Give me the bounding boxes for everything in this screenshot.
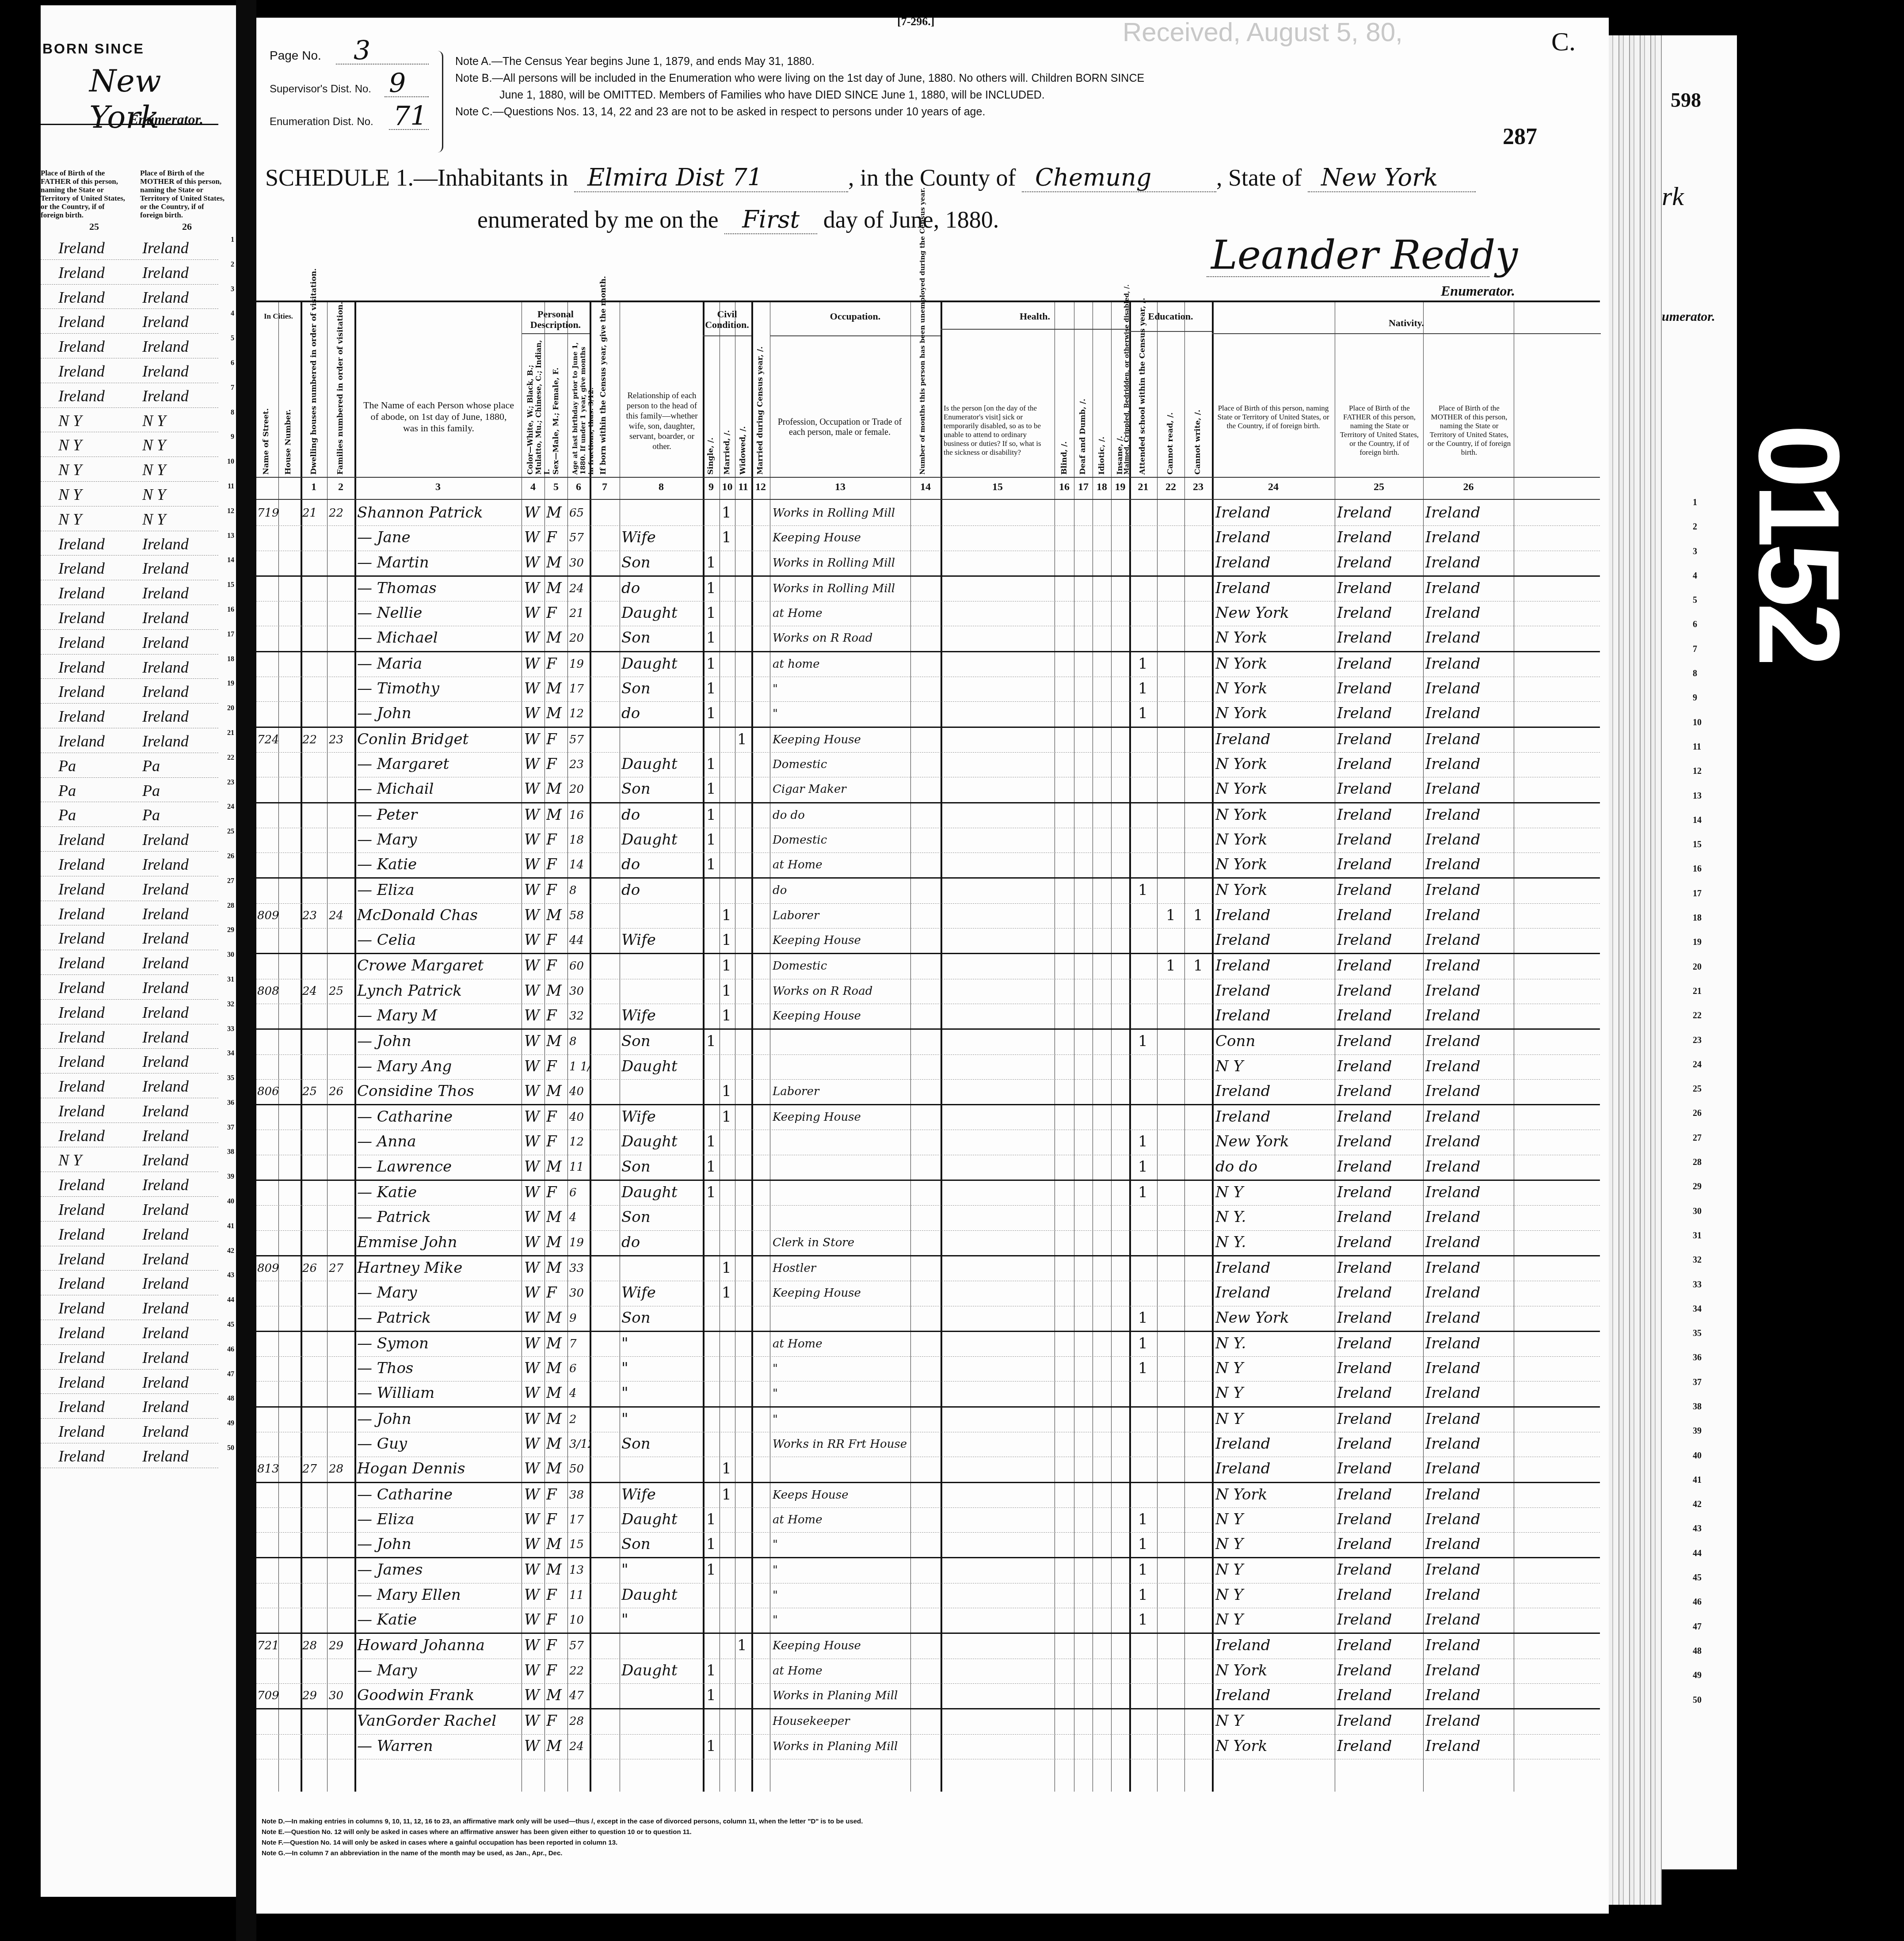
cell-occupation: Hostler bbox=[773, 1262, 910, 1275]
left-father-birth: Ireland bbox=[58, 609, 105, 627]
cell-mother: Ireland bbox=[1425, 1284, 1513, 1302]
cell-color: W bbox=[524, 655, 544, 673]
cell-age: 2 bbox=[569, 1413, 590, 1426]
cell-father: Ireland bbox=[1337, 1586, 1423, 1604]
table-row: 8092627Hartney MikeWM331HostlerIrelandIr… bbox=[256, 1256, 1600, 1281]
cell-father: Ireland bbox=[1337, 1384, 1423, 1402]
cell-married: 1 bbox=[722, 1284, 734, 1302]
cell-sex: M bbox=[546, 1032, 567, 1050]
cell-married: 1 bbox=[722, 529, 734, 546]
cell-occupation: Keeping House bbox=[773, 934, 910, 947]
cell-age: 6 bbox=[569, 1362, 590, 1375]
cell-age: 12 bbox=[569, 1135, 590, 1149]
cell-mother: Ireland bbox=[1425, 755, 1513, 773]
right-line-number: 11 bbox=[1693, 735, 1702, 759]
left-line-number: 9 bbox=[231, 433, 234, 441]
cell-father: Ireland bbox=[1337, 1535, 1423, 1553]
schedule-title: SCHEDULE 1.—Inhabitants in Elmira Dist 7… bbox=[265, 164, 1569, 192]
table-row: Emmise JohnWM19doClerk in StoreN Y.Irela… bbox=[256, 1231, 1600, 1256]
left-line-number: 27 bbox=[227, 877, 234, 885]
cell-relation: Son bbox=[621, 554, 702, 571]
cell-color: W bbox=[524, 831, 544, 849]
cell-birth: Ireland bbox=[1215, 1435, 1334, 1453]
cell-age: 19 bbox=[569, 1236, 590, 1249]
left-line-number: 12 bbox=[227, 507, 234, 515]
cell-relation: Son bbox=[621, 680, 702, 697]
right-line-number: 30 bbox=[1693, 1199, 1702, 1224]
cell-age: 44 bbox=[569, 934, 590, 947]
left-page-row: N YN Y11 bbox=[41, 482, 218, 506]
cell-family: 25 bbox=[329, 985, 353, 998]
left-page-row: PaPa24 bbox=[41, 802, 218, 827]
table-row: — NellieWF21Daught1at HomeNew YorkIrelan… bbox=[256, 601, 1600, 626]
form-code: [7-296.] bbox=[897, 15, 934, 28]
cell-name: Conlin Bridget bbox=[357, 731, 521, 748]
cell-school: 1 bbox=[1138, 680, 1156, 697]
cell-school: 1 bbox=[1138, 1309, 1156, 1327]
cell-name: — John bbox=[357, 1032, 521, 1050]
cell-sex: F bbox=[546, 1611, 567, 1629]
cell-relation: Daught bbox=[621, 1511, 702, 1528]
cell-color: W bbox=[524, 1007, 544, 1024]
cell-name: — Patrick bbox=[357, 1309, 521, 1327]
note-c: Note C.—Questions Nos. 13, 14, 22 and 23… bbox=[455, 103, 1516, 120]
state-label: , State of bbox=[1216, 164, 1302, 191]
left-page-row: IrelandIreland49 bbox=[41, 1419, 218, 1443]
cell-relation: Son bbox=[621, 1032, 702, 1050]
left-line-number: 31 bbox=[227, 976, 234, 984]
left-mother-birth: Pa bbox=[142, 806, 160, 824]
table-row: — JohnWM2""N YIrelandIreland37 bbox=[256, 1408, 1600, 1432]
cell-occupation: " bbox=[773, 682, 910, 696]
left-mother-birth: Ireland bbox=[142, 1373, 189, 1392]
cell-age: 6 bbox=[569, 1186, 590, 1199]
left-father-birth: Pa bbox=[58, 806, 76, 824]
cell-married: 1 bbox=[722, 1486, 734, 1503]
cell-mother: Ireland bbox=[1425, 579, 1513, 597]
header-sick: Is the person [on the day of the Enumera… bbox=[944, 404, 1052, 457]
cell-sex: M bbox=[546, 1686, 567, 1704]
cell-dwelling: 26 bbox=[302, 1262, 326, 1275]
right-line-number: 50 bbox=[1693, 1688, 1702, 1713]
right-line-number: 44 bbox=[1693, 1541, 1702, 1566]
table-row: — KatieWF10""1N YIrelandIreland45 bbox=[256, 1608, 1600, 1634]
cell-mother: Ireland bbox=[1425, 1511, 1513, 1528]
cell-occupation: Keeping House bbox=[773, 531, 910, 544]
cell-occupation: Works in Rolling Mill bbox=[773, 556, 910, 570]
cell-color: W bbox=[524, 856, 544, 873]
cell-father: Ireland bbox=[1337, 504, 1423, 521]
cell-mother: Ireland bbox=[1425, 982, 1513, 1000]
cell-name: — John bbox=[357, 704, 521, 722]
cell-mother: Ireland bbox=[1425, 554, 1513, 571]
cell-age: 4 bbox=[569, 1211, 590, 1224]
left-line-number: 32 bbox=[227, 1001, 234, 1009]
cell-single: 1 bbox=[706, 1737, 719, 1755]
left-page-row: PaPa23 bbox=[41, 778, 218, 803]
cell-mother: Ireland bbox=[1425, 1486, 1513, 1503]
cell-father: Ireland bbox=[1337, 755, 1423, 773]
header-nativity: Nativity. bbox=[1212, 318, 1601, 328]
cell-father: Ireland bbox=[1337, 1082, 1423, 1100]
right-line-number: 26 bbox=[1693, 1101, 1702, 1126]
page-no-field: Page No. 3 bbox=[270, 49, 438, 81]
table-row: 7212829Howard JohannaWF571Keeping HouseI… bbox=[256, 1634, 1600, 1659]
left-page-row: IrelandIreland14 bbox=[41, 556, 218, 580]
cell-occupation: Works on R Road bbox=[773, 985, 910, 998]
cell-sex: M bbox=[546, 1335, 567, 1352]
cell-occupation: " bbox=[773, 1387, 910, 1400]
cell-relation: Son bbox=[621, 1208, 702, 1226]
cell-name: — Mary bbox=[357, 1284, 521, 1302]
cell-birth: Ireland bbox=[1215, 1637, 1334, 1654]
cell-mother: Ireland bbox=[1425, 1435, 1513, 1453]
cell-age: 28 bbox=[569, 1715, 590, 1728]
table-row: — KatieWF6Daught11N YIrelandIreland28 bbox=[256, 1181, 1600, 1206]
cell-father: Ireland bbox=[1337, 1561, 1423, 1579]
cell-birth: N Y bbox=[1215, 1058, 1334, 1075]
cell-relation: Daught bbox=[621, 755, 702, 773]
left-father-birth: Ireland bbox=[58, 559, 105, 578]
cell-dwelling: 28 bbox=[302, 1639, 326, 1652]
header-color: Color—White, W.; Black, B.; Mulatto, Mu.… bbox=[526, 338, 542, 475]
table-row: — MariaWF19Daught1at home1N YorkIrelandI… bbox=[256, 652, 1600, 677]
cell-occupation: at Home bbox=[773, 1337, 910, 1351]
cell-birth: Ireland bbox=[1215, 529, 1334, 546]
cell-father: Ireland bbox=[1337, 1058, 1423, 1075]
left-page-row: IrelandIreland4 bbox=[41, 309, 218, 334]
cell-color: W bbox=[524, 1133, 544, 1150]
left-page-row: IrelandIreland50 bbox=[41, 1443, 218, 1468]
supervisor-dist-value: 9 bbox=[389, 68, 406, 99]
cell-name: Considine Thos bbox=[357, 1082, 521, 1100]
cell-age: 32 bbox=[569, 1009, 590, 1023]
left-mother-birth: Ireland bbox=[142, 535, 189, 553]
cell-sex: M bbox=[546, 1737, 567, 1755]
left-mother-birth: Ireland bbox=[142, 929, 189, 948]
cell-relation: do bbox=[621, 1233, 702, 1251]
received-stamp: Received, August 5, 80, bbox=[1123, 17, 1403, 47]
cell-birth: N Y bbox=[1215, 1611, 1334, 1629]
left-mother-birth: Ireland bbox=[142, 609, 189, 627]
left-page-row: IrelandIreland46 bbox=[41, 1345, 218, 1370]
cell-age: 40 bbox=[569, 1085, 590, 1098]
cell-single: 1 bbox=[706, 579, 719, 597]
left-line-number: 43 bbox=[227, 1271, 234, 1279]
cell-sex: F bbox=[546, 1058, 567, 1075]
header-relationship: Relationship of each person to the head … bbox=[623, 391, 701, 452]
left-page-mother-header: Place of Birth of the MOTHER of this per… bbox=[140, 169, 228, 219]
cell-father: Ireland bbox=[1337, 1233, 1423, 1251]
left-line-number: 5 bbox=[231, 335, 234, 343]
cell-occupation: Laborer bbox=[773, 909, 910, 922]
table-row: — JohnWM15Son1"1N YIrelandIreland42 bbox=[256, 1533, 1600, 1558]
cell-father: Ireland bbox=[1337, 780, 1423, 798]
cell-relation: do bbox=[621, 579, 702, 597]
left-mother-birth: Pa bbox=[142, 757, 160, 775]
right-line-number: 6 bbox=[1693, 613, 1702, 637]
left-page-row: IrelandIreland13 bbox=[41, 531, 218, 556]
cell-color: W bbox=[524, 1435, 544, 1453]
cell-birth: Ireland bbox=[1215, 1007, 1334, 1024]
schedule-prefix: SCHEDULE 1.—Inhabitants in bbox=[265, 164, 568, 191]
left-mother-birth: Ireland bbox=[142, 830, 189, 849]
left-father-birth: Ireland bbox=[58, 682, 105, 701]
cell-color: W bbox=[524, 982, 544, 1000]
cell-color: W bbox=[524, 604, 544, 622]
colnum-21: 21 bbox=[1129, 481, 1157, 493]
cell-color: W bbox=[524, 629, 544, 647]
right-line-number: 49 bbox=[1693, 1663, 1702, 1688]
left-page-row: N YN Y9 bbox=[41, 432, 218, 457]
cell-relation: " bbox=[621, 1561, 702, 1579]
cell-widowed: 1 bbox=[737, 731, 750, 748]
header-house-number: House Number. bbox=[284, 364, 293, 475]
cell-single: 1 bbox=[706, 1662, 719, 1679]
left-page-row: IrelandIreland33 bbox=[41, 1024, 218, 1049]
left-page-fragment: BORN SINCE New York Enumerator. Place of… bbox=[41, 5, 236, 1897]
table-row: — TimothyWM17Son1"1N YorkIrelandIreland8 bbox=[256, 677, 1600, 702]
cell-name: — Eliza bbox=[357, 881, 521, 899]
cell-sex: F bbox=[546, 1007, 567, 1024]
left-page-row: IrelandIreland36 bbox=[41, 1098, 218, 1123]
cell-sex: F bbox=[546, 1184, 567, 1201]
right-line-number: 13 bbox=[1693, 784, 1702, 808]
table-row: — CatharineWF38Wife1Keeps HouseN YorkIre… bbox=[256, 1483, 1600, 1508]
cell-sex: F bbox=[546, 957, 567, 974]
left-page-row: IrelandIreland27 bbox=[41, 876, 218, 901]
cell-sex: F bbox=[546, 655, 567, 673]
cell-color: W bbox=[524, 1611, 544, 1629]
cell-name: — Eliza bbox=[357, 1511, 521, 1528]
cell-father: Ireland bbox=[1337, 1637, 1423, 1654]
left-line-number: 33 bbox=[227, 1025, 234, 1033]
cell-father: Ireland bbox=[1337, 1359, 1423, 1377]
left-mother-birth: Ireland bbox=[142, 682, 189, 701]
header-months-unemployed: Number of months this person has been un… bbox=[918, 338, 926, 475]
right-line-number: 28 bbox=[1693, 1150, 1702, 1175]
cell-color: W bbox=[524, 1058, 544, 1075]
cell-father: Ireland bbox=[1337, 731, 1423, 748]
right-line-number: 3 bbox=[1693, 540, 1702, 564]
cell-married: 1 bbox=[722, 957, 734, 974]
cell-father: Ireland bbox=[1337, 856, 1423, 873]
film-frame-number: 0152 bbox=[1733, 424, 1865, 662]
header-family: Families numbered in order of visitation… bbox=[336, 316, 345, 475]
cell-single: 1 bbox=[706, 780, 719, 798]
table-row: 8132728Hogan DennisWM501IrelandIrelandIr… bbox=[256, 1457, 1600, 1483]
cell-age: 7 bbox=[569, 1337, 590, 1351]
colnum-2: 2 bbox=[327, 481, 354, 493]
cell-age: 9 bbox=[569, 1312, 590, 1325]
left-father-birth: Ireland bbox=[58, 1373, 105, 1392]
colnum-26: 26 bbox=[1423, 481, 1514, 493]
table-row: — MaryWF30Wife1Keeping HouseIrelandIrela… bbox=[256, 1281, 1600, 1306]
cell-school: 1 bbox=[1138, 1511, 1156, 1528]
colnum-4: 4 bbox=[522, 481, 545, 493]
left-mother-birth: Ireland bbox=[142, 387, 189, 405]
county-label: , in the County of bbox=[848, 164, 1016, 191]
table-row: — CeliaWF44Wife1Keeping HouseIrelandIrel… bbox=[256, 929, 1600, 954]
note-d: Note D.—In making entries in columns 9, … bbox=[262, 1816, 1190, 1827]
cell-color: W bbox=[524, 1359, 544, 1377]
cell-mother: Ireland bbox=[1425, 881, 1513, 899]
cell-occupation: at Home bbox=[773, 1664, 910, 1678]
cell-birth: N York bbox=[1215, 629, 1334, 647]
enumeration-dist-field: Enumeration Dist. No. 71 bbox=[270, 114, 438, 147]
left-page-row: IrelandIreland39 bbox=[41, 1172, 218, 1197]
cell-name: — Anna bbox=[357, 1133, 521, 1150]
cell-color: W bbox=[524, 554, 544, 571]
header-sex: Sex—Male, M.; Female, F. bbox=[552, 338, 560, 475]
left-page-row: IrelandIreland35 bbox=[41, 1073, 218, 1098]
cell-father: Ireland bbox=[1337, 1284, 1423, 1302]
header-personal: Personal Description. bbox=[522, 309, 590, 330]
left-page-row: IrelandIreland42 bbox=[41, 1246, 218, 1271]
cell-age: 8 bbox=[569, 884, 590, 897]
right-line-number: 12 bbox=[1693, 759, 1702, 784]
table-row: — PatrickWM9Son1New YorkIrelandIreland33 bbox=[256, 1306, 1600, 1332]
left-mother-birth: Ireland bbox=[142, 707, 189, 726]
cell-occupation: at Home bbox=[773, 607, 910, 620]
cell-name: — Katie bbox=[357, 856, 521, 873]
left-mother-birth: Ireland bbox=[142, 559, 189, 578]
cell-school: 1 bbox=[1138, 1561, 1156, 1579]
cell-birth: N York bbox=[1215, 881, 1334, 899]
left-father-birth: Ireland bbox=[58, 1422, 105, 1441]
cell-name: — Michail bbox=[357, 780, 521, 798]
cell-sex: F bbox=[546, 931, 567, 949]
header-dwelling: Dwelling houses numbered in order of vis… bbox=[309, 316, 318, 475]
cell-birth: N York bbox=[1215, 856, 1334, 873]
left-line-number: 45 bbox=[227, 1321, 234, 1329]
colnum-16: 16 bbox=[1055, 481, 1074, 493]
cell-sex: F bbox=[546, 1108, 567, 1126]
enumerator-label: Enumerator. bbox=[1441, 283, 1515, 299]
left-page-father-header: Place of Birth of the FATHER of this per… bbox=[41, 169, 129, 219]
left-line-number: 40 bbox=[227, 1198, 234, 1206]
note-f: Note F.—Question No. 14 will only be ask… bbox=[262, 1838, 1190, 1848]
right-line-number: 46 bbox=[1693, 1590, 1702, 1614]
cell-mother: Ireland bbox=[1425, 1561, 1513, 1579]
left-mother-birth: Ireland bbox=[142, 658, 189, 677]
table-row: — MartinWM30Son1Works in Rolling MillIre… bbox=[256, 551, 1600, 577]
left-father-birth: Ireland bbox=[58, 387, 105, 405]
cell-occupation: Domestic bbox=[773, 959, 910, 973]
table-row: — MichaelWM20Son1Works on R RoadN YorkIr… bbox=[256, 626, 1600, 652]
left-mother-birth: Pa bbox=[142, 781, 160, 800]
cell-house: 813 bbox=[257, 1462, 284, 1476]
left-father-birth: Ireland bbox=[58, 1052, 105, 1071]
table-row: — JaneWF57Wife1Keeping HouseIrelandIrela… bbox=[256, 526, 1600, 551]
right-line-number: 16 bbox=[1693, 857, 1702, 881]
header-notes: Note A.—The Census Year begins June 1, 1… bbox=[455, 53, 1516, 120]
cell-family: 22 bbox=[329, 506, 353, 520]
cell-birth: N Y bbox=[1215, 1561, 1334, 1579]
left-mother-birth: Ireland bbox=[142, 905, 189, 923]
right-page-line-numbers: 1234567891011121314151617181920212223242… bbox=[1693, 491, 1702, 1713]
colnum-12: 12 bbox=[751, 481, 770, 493]
left-father-birth: Ireland bbox=[58, 1028, 105, 1047]
cell-birth: N York bbox=[1215, 755, 1334, 773]
cell-color: W bbox=[524, 931, 544, 949]
right-line-number: 9 bbox=[1693, 686, 1702, 710]
left-mother-birth: Ireland bbox=[142, 1052, 189, 1071]
cell-occupation: at Home bbox=[773, 1513, 910, 1526]
header-cannot-write: Cannot write, /. bbox=[1193, 408, 1202, 475]
cell-birth: Ireland bbox=[1215, 579, 1334, 597]
left-mother-birth: Ireland bbox=[142, 288, 189, 307]
left-father-birth: N Y bbox=[58, 1151, 82, 1169]
cell-name: Emmise John bbox=[357, 1233, 521, 1251]
cell-name: — Martin bbox=[357, 554, 521, 571]
cell-sex: F bbox=[546, 731, 567, 748]
cell-birth: N York bbox=[1215, 1486, 1334, 1503]
cell-relation: " bbox=[621, 1611, 702, 1629]
cell-mother: Ireland bbox=[1425, 1586, 1513, 1604]
left-mother-birth: Ireland bbox=[142, 239, 189, 257]
cell-color: W bbox=[524, 780, 544, 798]
left-father-birth: Ireland bbox=[58, 1003, 105, 1022]
cell-sex: M bbox=[546, 1233, 567, 1251]
cell-age: 3/12 bbox=[569, 1438, 590, 1451]
left-line-number: 39 bbox=[227, 1173, 234, 1181]
enumeration-dist-label: Enumeration Dist. No. bbox=[270, 116, 373, 128]
cell-father: Ireland bbox=[1337, 1335, 1423, 1352]
cell-age: 16 bbox=[569, 809, 590, 822]
left-father-birth: Ireland bbox=[58, 978, 105, 997]
cell-mother: Ireland bbox=[1425, 1335, 1513, 1352]
cell-relation: do bbox=[621, 806, 702, 824]
cell-birth: N York bbox=[1215, 1737, 1334, 1755]
cell-father: Ireland bbox=[1337, 1309, 1423, 1327]
cell-father: Ireland bbox=[1337, 1686, 1423, 1704]
cell-occupation: Works on R Road bbox=[773, 632, 910, 645]
cell-mother: Ireland bbox=[1425, 780, 1513, 798]
cell-color: W bbox=[524, 1586, 544, 1604]
cell-sex: M bbox=[546, 806, 567, 824]
colnum-17: 17 bbox=[1074, 481, 1093, 493]
right-line-number: 40 bbox=[1693, 1444, 1702, 1468]
cell-sex: M bbox=[546, 629, 567, 647]
header-health: Health. bbox=[941, 311, 1129, 322]
cell-name: — Timothy bbox=[357, 680, 521, 697]
colnum-13: 13 bbox=[770, 481, 910, 493]
cell-father: Ireland bbox=[1337, 1737, 1423, 1755]
cell-mother: Ireland bbox=[1425, 1384, 1513, 1402]
cell-family: 30 bbox=[329, 1689, 353, 1702]
cell-single: 1 bbox=[706, 629, 719, 647]
left-page-enumerator-label: Enumerator. bbox=[129, 111, 203, 128]
table-row: — Mary AngWF1 1/12DaughtN YIrelandIrelan… bbox=[256, 1055, 1600, 1080]
cell-mother: Ireland bbox=[1425, 1535, 1513, 1553]
cell-age: 30 bbox=[569, 556, 590, 570]
left-mother-birth: Ireland bbox=[142, 1348, 189, 1367]
footnotes: Note D.—In making entries in columns 9, … bbox=[262, 1816, 1190, 1859]
cell-birth: New York bbox=[1215, 604, 1334, 622]
cell-sex: M bbox=[546, 579, 567, 597]
cell-color: W bbox=[524, 1335, 544, 1352]
cell-sex: M bbox=[546, 1561, 567, 1579]
cell-single: 1 bbox=[706, 1686, 719, 1704]
header-birth-mother: Place of Birth of the MOTHER of this per… bbox=[1427, 404, 1512, 457]
header-single: Single, /. bbox=[706, 426, 715, 475]
cell-mother: Ireland bbox=[1425, 655, 1513, 673]
left-line-number: 24 bbox=[227, 803, 234, 811]
left-page-row: N YN Y10 bbox=[41, 457, 218, 482]
table-row: — Mary MWF32Wife1Keeping HouseIrelandIre… bbox=[256, 1004, 1600, 1030]
cell-birth: N York bbox=[1215, 1662, 1334, 1679]
